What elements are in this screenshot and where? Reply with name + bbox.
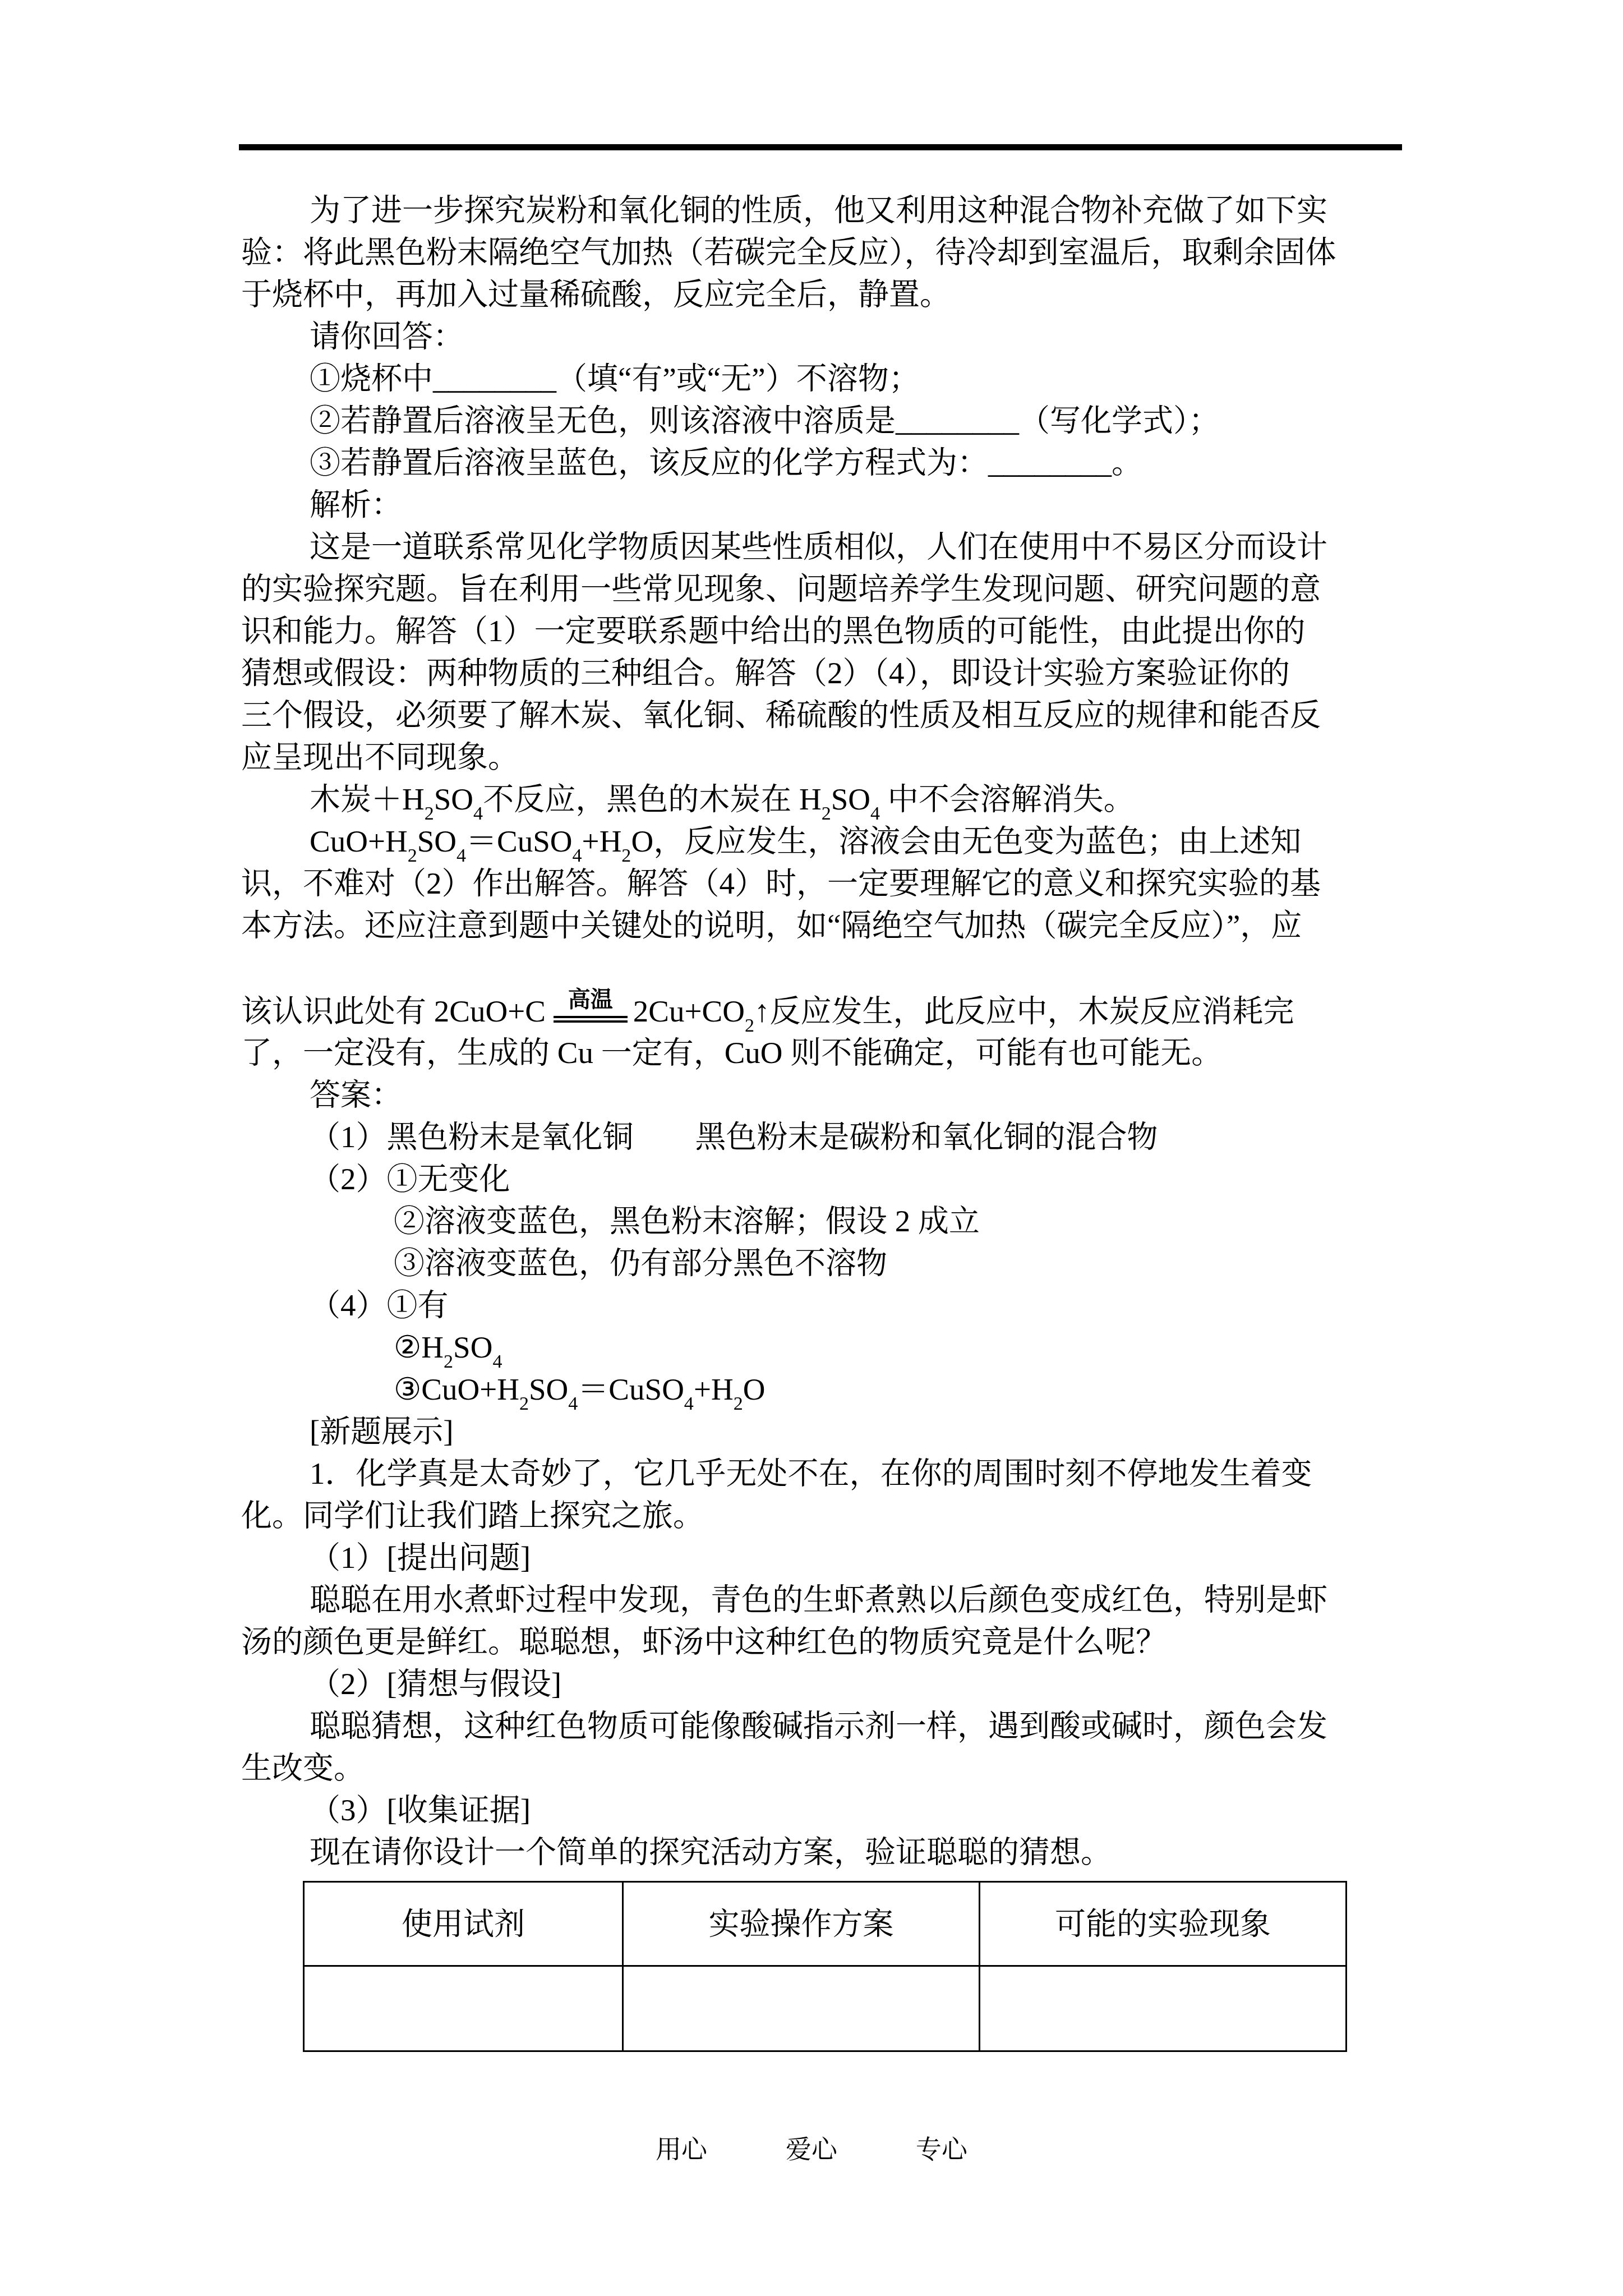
- text-line: ③溶液变蓝色，仍有部分黑色不溶物: [241, 1242, 1396, 1284]
- table-cell-empty: [623, 1966, 980, 2051]
- page-footer: 用心爱心专心: [0, 2133, 1623, 2166]
- text-line: 于烧杯中，再加入过量稀硫酸，反应完全后，静置。: [241, 273, 1396, 315]
- text-line: 木炭＋H2SO4不反应，黑色的木炭在 H2SO4 中不会溶解消失。: [241, 778, 1396, 820]
- formula-line: 该认识此处有 2CuO+C高温2Cu+CO2↑反应发生，此反应中，木炭反应消耗完: [241, 946, 1396, 1032]
- text-line: 化。同学们让我们踏上探究之旅。: [241, 1494, 1396, 1536]
- text-line: 猜想或假设：两种物质的三种组合。解答（2）（4），即设计实验方案验证你的: [241, 652, 1396, 694]
- footer-item: 用心: [656, 2135, 707, 2164]
- formula-products: 2Cu+CO2↑反应发生，此反应中，木炭反应消耗完: [633, 991, 1294, 1032]
- text-line: ①烧杯中________（填“有”或“无”）不溶物；: [241, 357, 1396, 399]
- table-cell-empty: [304, 1966, 623, 2051]
- text-line: 为了进一步探究炭粉和氧化铜的性质，他又利用这种混合物补充做了如下实: [241, 189, 1396, 231]
- text-line: ②若静置后溶液呈无色，则该溶液中溶质是________（写化学式）；: [241, 399, 1396, 441]
- text-line: ②溶液变蓝色，黑色粉末溶解；假设 2 成立: [241, 1200, 1396, 1242]
- text-line: （1）黑色粉末是氧化铜 黑色粉末是碳粉和氧化铜的混合物: [241, 1116, 1396, 1158]
- text-line: 现在请你设计一个简单的探究活动方案，验证聪聪的猜想。: [241, 1831, 1396, 1873]
- text-line: ②H2SO4: [241, 1326, 1396, 1368]
- footer-item: 专心: [916, 2135, 967, 2164]
- text-line: 聪聪在用水煮虾过程中发现，青色的生虾煮熟以后颜色变成红色，特别是虾: [241, 1579, 1396, 1621]
- text-line: 识和能力。解答（1）一定要联系题中给出的黑色物质的可能性，由此提出你的: [241, 610, 1396, 652]
- text-line: （4）①有: [241, 1284, 1396, 1326]
- text-line: 识，不难对（2）作出解答。解答（4）时，一定要理解它的意义和探究实验的基: [241, 862, 1396, 904]
- table-header-cell: 实验操作方案: [623, 1882, 980, 1966]
- footer-item: 爱心: [786, 2135, 837, 2164]
- text-line: （2）①无变化: [241, 1158, 1396, 1200]
- text-line: 聪聪猜想，这种红色物质可能像酸碱指示剂一样，遇到酸或碱时，颜色会发: [241, 1705, 1396, 1747]
- table-header-cell: 可能的实验现象: [980, 1882, 1347, 1966]
- text-line: ③若静置后溶液呈蓝色，该反应的化学方程式为：________。: [241, 441, 1396, 484]
- text-line: 三个假设，必须要了解木炭、氧化铜、稀硫酸的性质及相互反应的规律和能否反: [241, 694, 1396, 736]
- document-content: 为了进一步探究炭粉和氧化铜的性质，他又利用这种混合物补充做了如下实验：将此黑色粉…: [241, 189, 1396, 2052]
- text-line: （2）[猜想与假设]: [241, 1663, 1396, 1705]
- text-line: 生改变。: [241, 1747, 1396, 1789]
- table-row: [304, 1966, 1347, 2051]
- condition-label: 高温: [554, 987, 628, 1023]
- text-line: 解析：: [241, 484, 1396, 526]
- text-line: 这是一道联系常见化学物质因某些性质相似，人们在使用中不易区分而设计: [241, 526, 1396, 568]
- text-line: （1）[提出问题]: [241, 1536, 1396, 1579]
- table-header-cell: 使用试剂: [304, 1882, 623, 1966]
- table-cell-empty: [980, 1966, 1347, 2051]
- text-line: 本方法。还应注意到题中关键处的说明，如“隔绝空气加热（碳完全反应）”，应: [241, 904, 1396, 946]
- text-line: 验：将此黑色粉末隔绝空气加热（若碳完全反应），待冷却到室温后，取剩余固体: [241, 231, 1396, 273]
- text-line: 了，一定没有，生成的 Cu 一定有，CuO 则不能确定，可能有也可能无。: [241, 1032, 1396, 1074]
- text-line: 应呈现出不同现象。: [241, 736, 1396, 778]
- text-line: 答案：: [241, 1074, 1396, 1116]
- evidence-table: 使用试剂实验操作方案可能的实验现象: [303, 1881, 1347, 2052]
- text-line: 请你回答：: [241, 315, 1396, 357]
- header-rule: [239, 144, 1402, 150]
- formula-reactants: 该认识此处有 2CuO+C: [241, 991, 546, 1032]
- text-line: [新题展示]: [241, 1410, 1396, 1452]
- text-line: 的实验探究题。旨在利用一些常见现象、问题培养学生发现问题、研究问题的意: [241, 568, 1396, 610]
- reaction-condition: 高温: [554, 987, 628, 1023]
- table-header-row: 使用试剂实验操作方案可能的实验现象: [304, 1882, 1347, 1966]
- document-page: 为了进一步探究炭粉和氧化铜的性质，他又利用这种混合物补充做了如下实验：将此黑色粉…: [0, 0, 1623, 2296]
- text-line: （3）[收集证据]: [241, 1789, 1396, 1831]
- text-line: CuO+H2SO4＝CuSO4+H2O，反应发生，溶液会由无色变为蓝色；由上述知: [241, 820, 1396, 862]
- text-line: ③CuO+H2SO4＝CuSO4+H2O: [241, 1368, 1396, 1410]
- text-line: 汤的颜色更是鲜红。聪聪想，虾汤中这种红色的物质究竟是什么呢？: [241, 1621, 1396, 1663]
- text-line: 1．化学真是太奇妙了，它几乎无处不在，在你的周围时刻不停地发生着变: [241, 1452, 1396, 1494]
